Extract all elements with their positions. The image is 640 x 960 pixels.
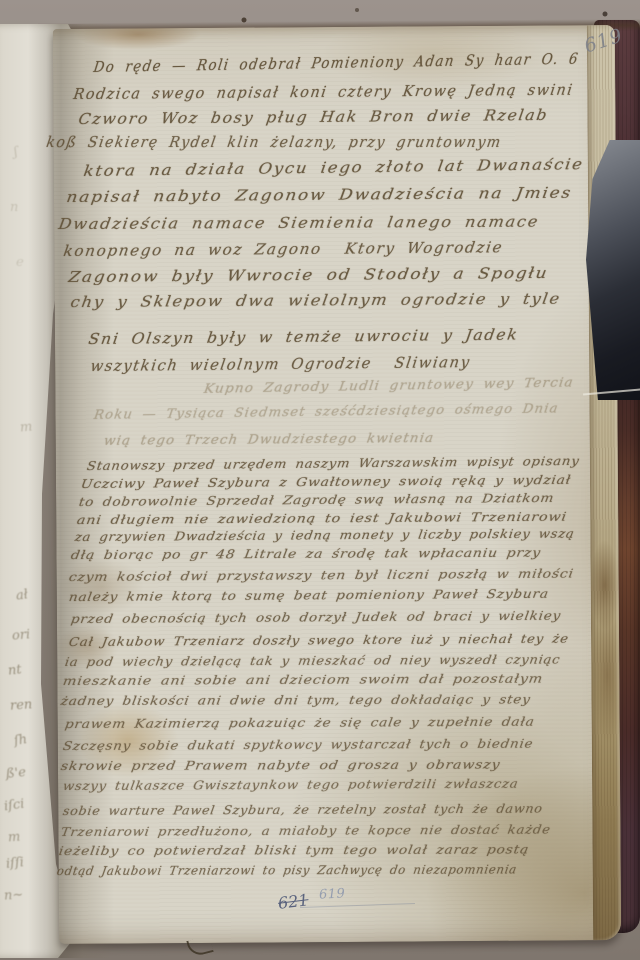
photo-scene: ʃnemałorintrenſhß'eiſcimiſſin~ Do ręde —… <box>0 0 640 960</box>
folio-number-crossed-out: 621 <box>277 890 310 913</box>
folio-number-bottom-pencil: 619 <box>319 886 346 902</box>
manuscript-page <box>53 25 621 944</box>
table-debris-specks <box>0 0 2 2</box>
